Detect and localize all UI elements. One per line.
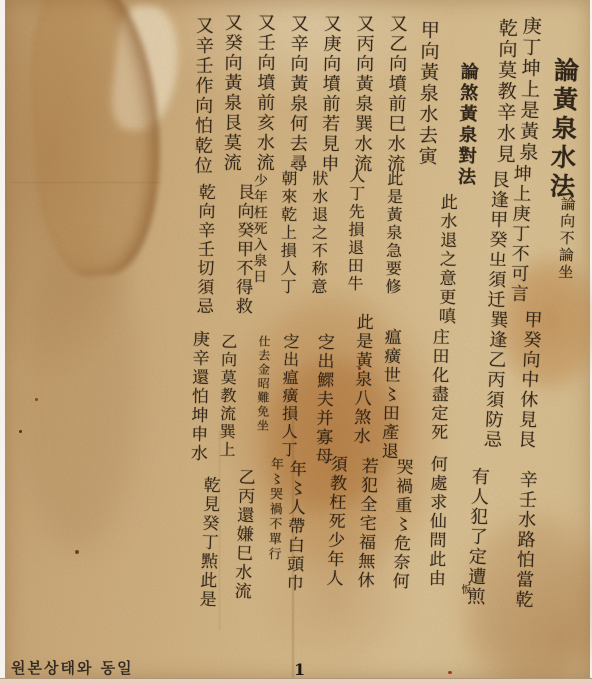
calligraphy-column: 㝎出瘟癀損人丁 [280, 333, 298, 459]
calligraphy-column: 又丙向黃泉巽水流 [352, 14, 373, 174]
calligraphy-column: 巽逢乙丙須防忌 [482, 310, 507, 451]
calligraphy-column: 辛壬水路怕當乾 [513, 470, 536, 611]
calligraphy-column: 甲癸向中休見艮 [516, 310, 541, 451]
photo-bottom-edge [0, 678, 592, 684]
calligraphy-column: 又辛向黃泉何去尋 [288, 14, 307, 174]
calligraphy-column: 㝎出鰥夫并寡母 [312, 333, 331, 466]
calligraphy-column: 又癸向黃泉艮莫流 [222, 13, 241, 173]
calligraphy-column: 哭禍重〻危奈何 [389, 458, 411, 592]
calligraphy-column: 甲向黃泉水去寅 [416, 20, 438, 167]
calligraphy-column: 乙丙還嫌巳水流 [231, 468, 253, 602]
calligraphy-column: 乾向莫教辛水見 [494, 18, 516, 165]
calligraphy-column: 乾向辛壬切須忌 [193, 183, 212, 316]
calligraphy-column: 艮向癸甲不得救 [232, 183, 251, 316]
calligraphy-column: 年〻人帶白頭巾 [283, 460, 303, 593]
calligraphy-column: 又乙向墳前巳水流 [385, 14, 406, 174]
calligraphy-column: 狀水退之不称意 [310, 170, 327, 296]
calligraphy-column: 此是黃泉急要修 [384, 170, 402, 296]
calligraphy-column: 少年枉死入泉日 [252, 173, 267, 285]
calligraphy-column: 又辛壬作向怕乾位 [193, 16, 212, 176]
calligraphy-column: 㤆 [459, 584, 469, 596]
calligraphy-column: 乾見癸丁㸃此是 [196, 476, 218, 610]
calligraphy-column: 又壬向墳前亥水流 [255, 13, 274, 173]
calligraphy-column: 此是黃泉八煞水 [350, 313, 370, 446]
calligraphy-column: 瘟癀世〻田產退 [378, 328, 398, 461]
calligraphy-column: 須教枉死少年人 [323, 455, 345, 589]
calligraphy-column: 乙向莫教流巽上 [218, 333, 236, 459]
calligraphy-column: 論煞黃泉對法 [456, 62, 477, 188]
manuscript-photo: 論黃泉水法論向不論坐庚丁坤上是黃泉坤上庚丁不可言甲癸向中休見艮辛壬水路怕當乾乾向… [0, 0, 592, 684]
columns-layer: 論黃泉水法論向不論坐庚丁坤上是黃泉坤上庚丁不可言甲癸向中休見艮辛壬水路怕當乾乾向… [0, 0, 592, 684]
calligraphy-column: 若犯全宅福無休 [354, 457, 376, 591]
caption-text: 원본상태와 동일 [11, 657, 134, 678]
calligraphy-column: 坤上庚丁不可言 [508, 164, 530, 304]
calligraphy-column: 此水退之意更嗔 [435, 193, 454, 326]
calligraphy-column: 仕去金昭難免坐 [256, 335, 270, 433]
calligraphy-column: 論黃泉水法 [547, 57, 577, 203]
page-number: 1 [294, 660, 305, 679]
calligraphy-column: 論向不論坐 [557, 196, 575, 281]
calligraphy-column: 庚辛還怕坤申水 [187, 330, 206, 463]
calligraphy-column: 朝來乾上損人丁 [279, 170, 296, 296]
calligraphy-column: 人丁先損退田牛 [346, 167, 364, 293]
calligraphy-column: 又庚向墳前若見申 [319, 14, 340, 174]
calligraphy-column: 何處求仙問此由 [425, 455, 444, 588]
calligraphy-column: 庄田化盡定死 [428, 328, 447, 442]
calligraphy-column: 年〻哭禍不單行 [266, 457, 282, 562]
calligraphy-column: 艮逢甲癸㞢須迁 [485, 170, 508, 311]
manuscript-page: 論黃泉水法論向不論坐庚丁坤上是黃泉坤上庚丁不可言甲癸向中休見艮辛壬水路怕當乾乾向… [5, 0, 590, 679]
calligraphy-column: 庚丁坤上是黃泉 [517, 16, 540, 163]
